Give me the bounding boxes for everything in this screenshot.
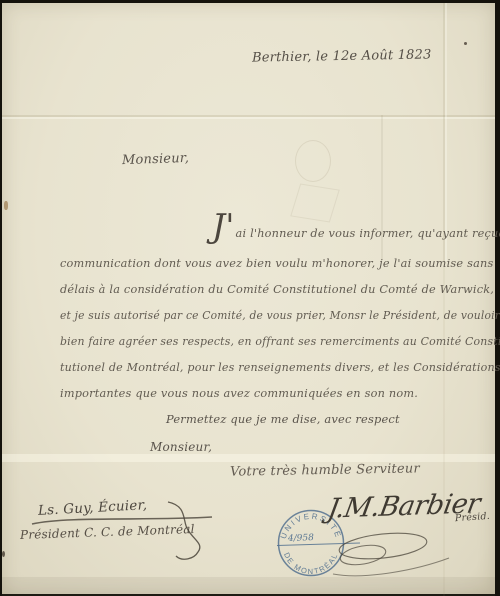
body-line-7: importantes que vous nous avez communiqu… [60,388,418,400]
body-line-1: J'ai l'honneur de vous informer, qu'ayan… [212,226,500,240]
closing-line: Permettez que je me dise, avec respect [166,413,400,426]
addressee-bracket-flourish [160,500,206,564]
scanned-letter-photo: Berthier, le 12e Août 1823 Monsieur, J'a… [0,0,500,596]
paper-speck [4,201,8,210]
body-line-3: délais à la considération du Comité Cons… [60,284,494,296]
embossed-seal-circle [295,140,331,182]
stamp-number: 4/958 [287,533,315,544]
body-line-5: bien faire agréer ses respects, en offra… [60,336,500,348]
body-line-6: tutionel de Montréal, pour les renseigne… [60,362,500,374]
body-line-4: et je suis autorisé par ce Comité, de vo… [60,310,500,322]
horizontal-fold-band [2,454,495,462]
vertical-fold-crease [443,3,445,261]
horizontal-fold-crease [2,115,495,117]
paper-speck [2,551,5,557]
signature-flourish [325,530,455,582]
salutation: Monsieur, [122,152,190,169]
body-line-2: communication dont vous avez bien voulu … [60,258,493,270]
vertical-fold-highlight [445,3,447,261]
embossed-seal-crest [290,183,340,222]
closing-salutation: Monsieur, [150,441,212,454]
horizontal-fold-highlight [2,117,495,119]
paper-speck [464,42,467,45]
